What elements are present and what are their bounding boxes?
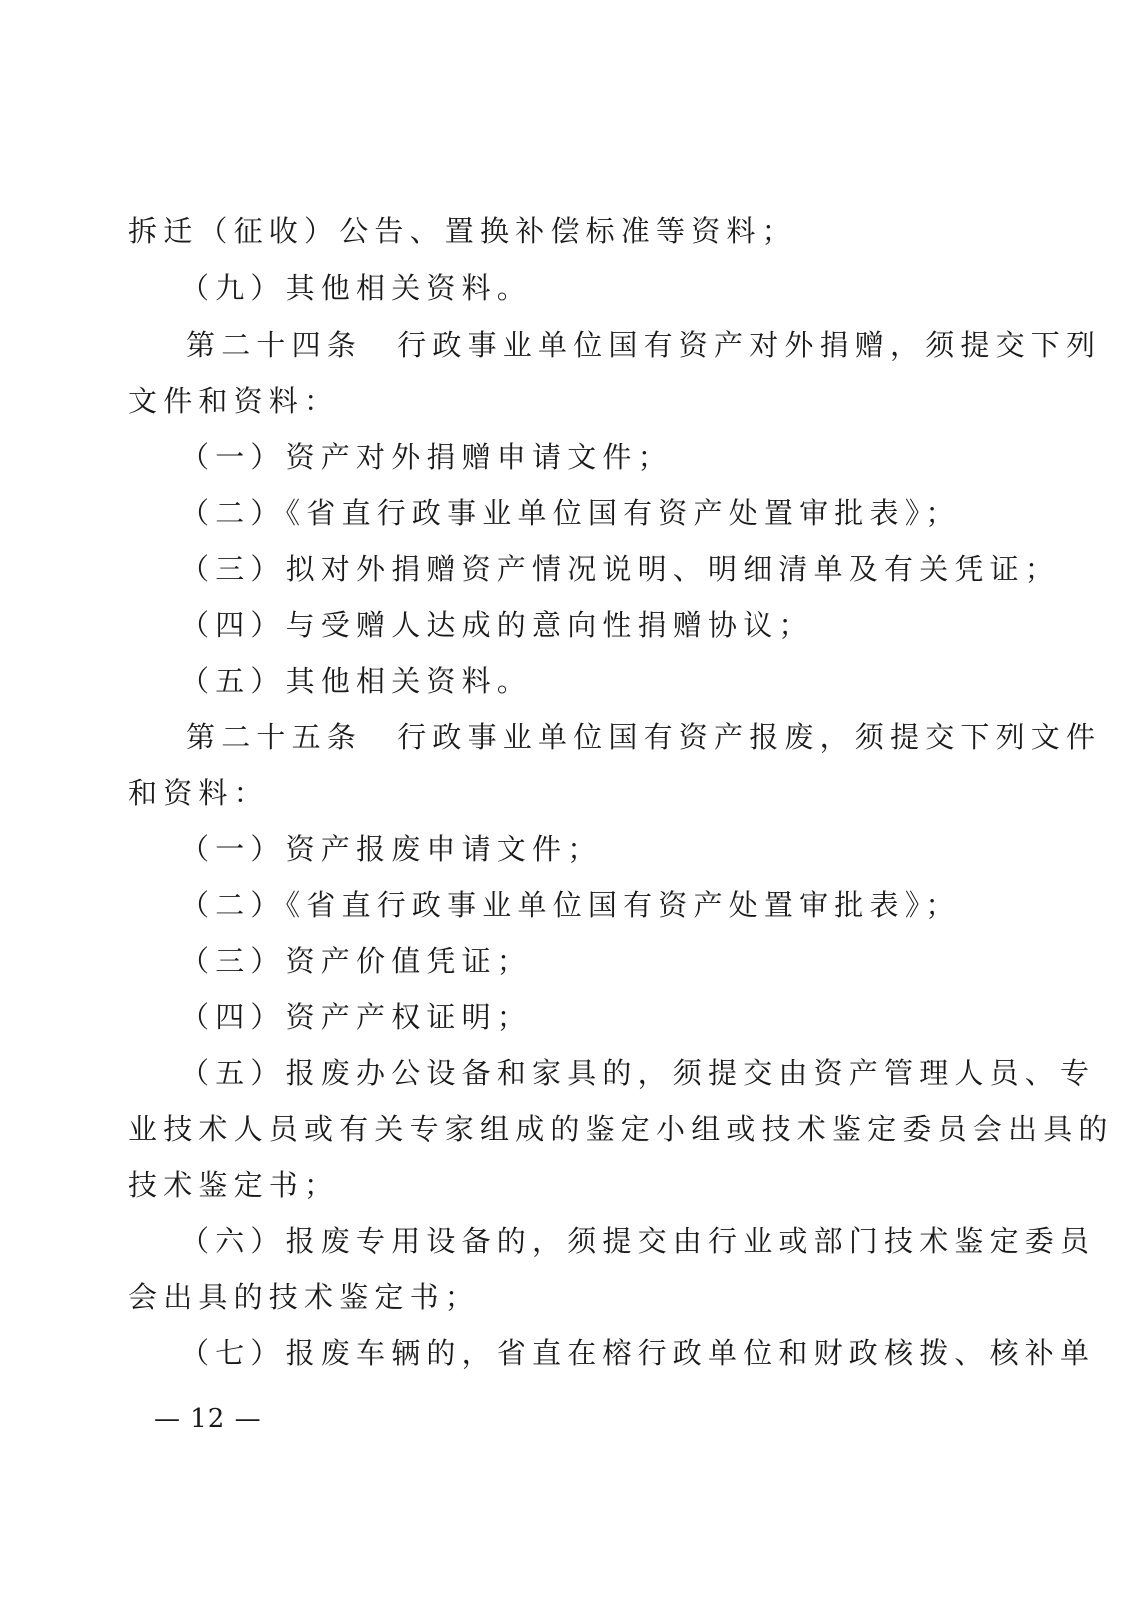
article-25-item-6: （六）报废专用设备的，须提交由行业或部门技术鉴定委员 [180, 1224, 1095, 1258]
article-24-item-2: （二）《省直行政事业单位国有资产处置审批表》； [180, 496, 961, 530]
article-25-item-3: （三）资产价值凭证； [180, 944, 532, 978]
article-25-item-1: （一）资产报废申请文件； [180, 832, 602, 866]
article-24-item-3: （三）拟对外捐赠资产情况说明、明细清单及有关凭证； [180, 552, 1060, 586]
article-25-heading-cont: 和资料： [128, 776, 269, 810]
article-25-item-6-cont: 会出具的技术鉴定书； [128, 1280, 480, 1314]
article-24-heading: 第二十四条 行政事业单位国有资产对外捐赠，须提交下列 [186, 328, 1101, 362]
article-24-heading-cont: 文件和资料： [128, 384, 339, 418]
list-item-9-other-materials: （九）其他相关资料。 [180, 271, 532, 305]
article-25-item-5: （五）报废办公设备和家具的，须提交由资产管理人员、专 [180, 1056, 1095, 1090]
article-25-item-2: （二）《省直行政事业单位国有资产处置审批表》； [180, 888, 961, 922]
article-25-item-7: （七）报废车辆的，省直在榕行政单位和财政核拨、核补单 [180, 1336, 1095, 1370]
article-25-heading: 第二十五条 行政事业单位国有资产报废，须提交下列文件 [186, 720, 1101, 754]
article-24-item-5: （五）其他相关资料。 [180, 664, 532, 698]
article-24-item-1: （一）资产对外捐赠申请文件； [180, 440, 673, 474]
document-page: 拆迁（征收）公告、置换补偿标准等资料； （九）其他相关资料。 第二十四条 行政事… [0, 0, 1131, 1600]
text-line-continuation: 拆迁（征收）公告、置换补偿标准等资料； [128, 214, 797, 248]
article-25-item-4: （四）资产产权证明； [180, 1000, 532, 1034]
article-25-item-5-cont: 业技术人员或有关专家组成的鉴定小组或技术鉴定委员会出具的 [128, 1112, 1114, 1146]
article-24-item-4: （四）与受赠人达成的意向性捐赠协议； [180, 608, 814, 642]
article-25-item-5-cont2: 技术鉴定书； [128, 1168, 339, 1202]
page-number: — 12 — [154, 1404, 262, 1434]
